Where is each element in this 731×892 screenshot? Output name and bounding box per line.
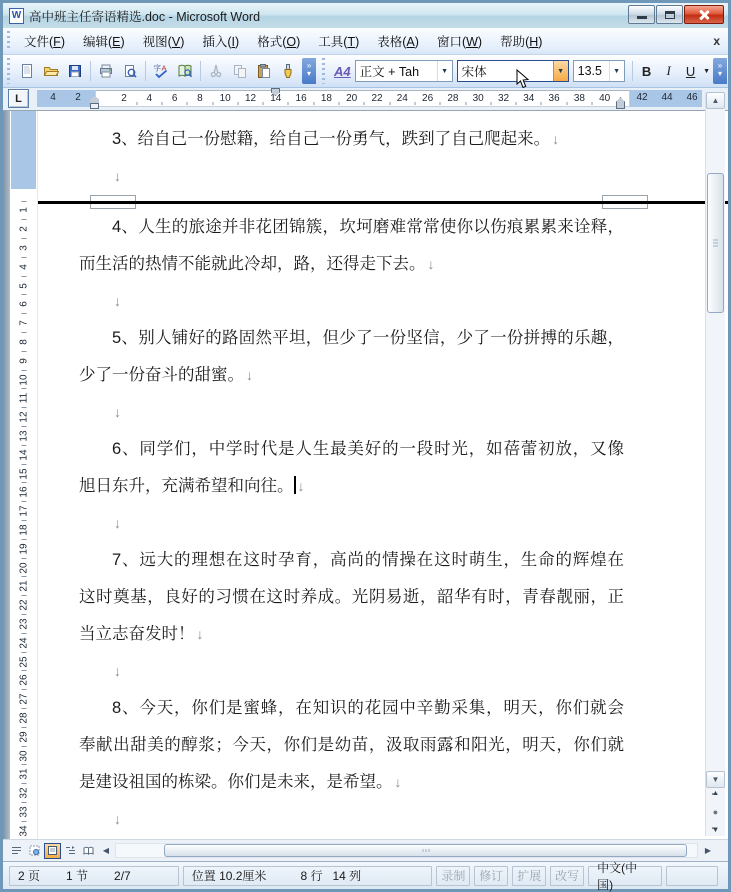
scroll-left-icon[interactable]: ◀ bbox=[98, 843, 114, 859]
vertical-ruler[interactable]: 1234567891011121314151617181920212223242… bbox=[10, 111, 38, 839]
vertical-ruler-number: 16 bbox=[11, 483, 36, 502]
paragraph[interactable]: 8、今天，你们是蜜蜂，在知识的花园中辛勤采集，明天，你们就会奉献出甜美的醇浆；今… bbox=[79, 690, 624, 801]
paste-button[interactable] bbox=[252, 59, 276, 83]
horizontal-ruler[interactable]: 42 246810121416182022242628303234363840 … bbox=[37, 90, 702, 107]
spelling-grammar-icon: 字A bbox=[153, 63, 169, 79]
empty-paragraph[interactable]: ↓ bbox=[79, 505, 624, 542]
bold-button[interactable]: B bbox=[636, 60, 658, 82]
ruler-number: 46 bbox=[686, 92, 697, 104]
page-info-panel: 2 页 1 节 2/7 bbox=[9, 866, 179, 886]
save-button[interactable] bbox=[63, 59, 87, 83]
vertical-scroll-thumb[interactable] bbox=[707, 173, 724, 313]
text-line[interactable]: 奉献出甜美的醇浆；今天，你们是幼苗，汲取雨露和阳光，明天，你们就 bbox=[79, 727, 624, 764]
menu-编辑(E)[interactable]: 编辑(E) bbox=[74, 28, 134, 54]
ruler-number: 44 bbox=[661, 92, 672, 104]
vertical-ruler-number: 9 bbox=[11, 351, 36, 370]
text-line[interactable]: 少了一份奋斗的甜蜜。↓ bbox=[79, 357, 624, 394]
section-number: 1 节 bbox=[66, 867, 88, 884]
vertical-ruler-number: 30 bbox=[11, 746, 36, 765]
menu-bar: 文件(F)编辑(E)视图(V)插入(I)格式(O)工具(T)表格(A)窗口(W)… bbox=[3, 28, 728, 55]
print-layout-view-button[interactable] bbox=[44, 843, 61, 859]
page-of-total: 2/7 bbox=[114, 869, 131, 883]
vertical-ruler-number: 3 bbox=[11, 239, 36, 258]
word-app-icon: W bbox=[9, 8, 24, 24]
empty-paragraph[interactable]: ↓ bbox=[79, 394, 624, 431]
ruler-number: 24 bbox=[397, 93, 408, 105]
ruler-number: 4 bbox=[50, 92, 56, 104]
menu-表格(A)[interactable]: 表格(A) bbox=[368, 28, 428, 54]
ruler-number: 22 bbox=[371, 93, 382, 105]
record-mode[interactable]: 录制 bbox=[436, 866, 470, 886]
vertical-ruler-number: 12 bbox=[11, 408, 36, 427]
svg-text:字: 字 bbox=[154, 63, 162, 73]
menu-帮助(H)[interactable]: 帮助(H) bbox=[491, 28, 551, 54]
save-icon bbox=[67, 63, 83, 79]
ruler-number: 26 bbox=[422, 93, 433, 105]
vertical-ruler-number: 33 bbox=[11, 803, 36, 822]
position-panel: 位置 10.2厘米 8 行 14 列 bbox=[183, 866, 433, 886]
style-dropdown-icon[interactable]: ▼ bbox=[437, 61, 452, 81]
browse-ball-icon: ● bbox=[713, 810, 718, 815]
ruler-number: 34 bbox=[523, 93, 534, 105]
menu-drag-grip[interactable] bbox=[6, 31, 11, 52]
ruler-number: 8 bbox=[197, 93, 203, 105]
text-line[interactable]: 这时奠基，良好的习惯在这时养成。光阴易逝，韶华有时，青春靓丽，正 bbox=[79, 579, 624, 616]
vertical-ruler-number: 15 bbox=[11, 464, 36, 483]
paragraph-mark: ↓ bbox=[114, 283, 121, 320]
document-page[interactable]: 3、给自己一份慰籍，给自己一份勇气，跌到了自己爬起来。↓↓4、人生的旅途并非花团… bbox=[38, 111, 728, 839]
format-painter-button[interactable] bbox=[276, 59, 300, 83]
print-preview-icon bbox=[122, 63, 138, 79]
print-layout-view-icon bbox=[47, 845, 58, 856]
vertical-ruler-number: 23 bbox=[11, 615, 36, 634]
scroll-up-icon[interactable]: ▲ bbox=[706, 92, 725, 109]
column-number: 14 列 bbox=[332, 867, 361, 884]
vertical-ruler-number: 18 bbox=[11, 521, 36, 540]
research-icon bbox=[177, 63, 193, 79]
paste-icon bbox=[256, 63, 272, 79]
window-title: 高中班主任寄语精选.doc - Microsoft Word bbox=[29, 7, 260, 25]
ruler-number: 36 bbox=[549, 93, 560, 105]
outline-view-icon bbox=[65, 845, 76, 856]
title-bar: W 高中班主任寄语精选.doc - Microsoft Word bbox=[3, 3, 728, 28]
paragraph-mark: ↓ bbox=[395, 764, 402, 801]
scroll-down-icon[interactable]: ▼ bbox=[706, 771, 725, 788]
status-bar: 2 页 1 节 2/7 位置 10.2厘米 8 行 14 列 录制 修订 扩展 … bbox=[3, 861, 728, 889]
paragraph-mark: ↓ bbox=[114, 801, 121, 838]
spelling-grammar-button[interactable]: 字A bbox=[149, 59, 173, 83]
line-number: 8 行 bbox=[300, 867, 322, 884]
text-line[interactable]: 7、远大的理想在这时孕育，高尚的情操在这时萌生，生命的辉煌在 bbox=[79, 542, 624, 579]
vertical-ruler-number: 7 bbox=[11, 314, 36, 333]
paragraph-mark: ↓ bbox=[197, 616, 204, 653]
vertical-ruler-number: 6 bbox=[11, 295, 36, 314]
text-caret bbox=[294, 476, 296, 494]
paragraph-mark: ↓ bbox=[114, 394, 121, 431]
vertical-ruler-number: 34 bbox=[11, 821, 36, 839]
menu-文件(F)[interactable]: 文件(F) bbox=[15, 28, 74, 54]
scroll-right-icon[interactable]: ▶ bbox=[700, 843, 716, 859]
ruler-left-margin: 42 bbox=[37, 90, 95, 107]
ruler-row: L 42 24681012141618202224262830323436384… bbox=[3, 88, 728, 111]
text-line[interactable]: 6、同学们，中学时代是人生最美好的一段时光，如蓓蕾初放，又像 bbox=[79, 431, 624, 468]
research-button[interactable] bbox=[173, 59, 197, 83]
language-indicator[interactable]: 中文(中国) bbox=[588, 866, 662, 886]
vertical-ruler-number: 17 bbox=[11, 502, 36, 521]
ruler-number: 10 bbox=[220, 93, 231, 105]
vertical-ruler-number: 27 bbox=[11, 690, 36, 709]
overtype-mode[interactable]: 改写 bbox=[550, 866, 584, 886]
ruler-number: 2 bbox=[75, 92, 81, 104]
font-size-combobox[interactable]: 13.5 ▼ bbox=[573, 60, 625, 82]
new-document-icon bbox=[19, 63, 35, 79]
mouse-cursor bbox=[516, 69, 530, 89]
paragraph-mark: ↓ bbox=[552, 121, 559, 158]
menu-插入(I)[interactable]: 插入(I) bbox=[193, 28, 248, 54]
vertical-ruler-number: 13 bbox=[11, 427, 36, 446]
print-preview-button[interactable] bbox=[118, 59, 142, 83]
text-line[interactable]: 而生活的热情不能就此冷却，路，还得走下去。↓ bbox=[79, 246, 624, 283]
vertical-ruler-number: 11 bbox=[11, 389, 36, 408]
outline-view-button[interactable] bbox=[62, 843, 79, 859]
paragraph[interactable]: 4、人生的旅途并非花团锦簇，坎坷磨难常常使你以伤痕累累来诠释，而生活的热情不能就… bbox=[79, 209, 624, 283]
toolbar: 字A »▾ A4 正文 + Tah ▼ 宋体 ▼ 13.5 ▼ B I U ▼ … bbox=[3, 55, 728, 88]
ruler-number: 30 bbox=[473, 93, 484, 105]
vertical-ruler-number: 14 bbox=[11, 445, 36, 464]
vertical-ruler-number: 19 bbox=[11, 539, 36, 558]
vertical-scrollbar[interactable]: ▲ ▼ ▲▔ ● ▁▼ bbox=[705, 92, 725, 836]
formatting-toolbar-overflow-button[interactable]: »▾ bbox=[713, 58, 727, 84]
normal-view-icon bbox=[11, 845, 22, 856]
vertical-ruler-number: 10 bbox=[11, 370, 36, 389]
vertical-ruler-number: 20 bbox=[11, 558, 36, 577]
text-line[interactable]: 5、别人铺好的路固然平坦，但少了一份坚信，少了一份拼搏的乐趣， bbox=[79, 320, 624, 357]
vertical-ruler-margin bbox=[11, 111, 36, 189]
font-combobox[interactable]: 宋体 ▼ bbox=[457, 60, 569, 82]
vertical-ruler-number: 31 bbox=[11, 765, 36, 784]
vertical-ruler-number: 4 bbox=[11, 257, 36, 276]
ruler-number: 40 bbox=[599, 93, 610, 105]
track-changes-mode[interactable]: 修订 bbox=[474, 866, 508, 886]
paragraph-mark: ↓ bbox=[114, 505, 121, 542]
maximize-icon bbox=[665, 11, 675, 19]
paragraph[interactable]: 5、别人铺好的路固然平坦，但少了一份坚信，少了一份拼搏的乐趣，少了一份奋斗的甜蜜… bbox=[79, 320, 624, 394]
ruler-number: 2 bbox=[121, 93, 127, 105]
reading-layout-view-button[interactable] bbox=[80, 843, 97, 859]
ruler-number: 6 bbox=[172, 93, 178, 105]
standard-toolbar-overflow-button[interactable]: »▾ bbox=[302, 58, 316, 84]
italic-button[interactable]: I bbox=[658, 60, 680, 82]
new-document-button[interactable] bbox=[15, 59, 39, 83]
paragraph-mark: ↓ bbox=[428, 246, 435, 283]
minimize-icon bbox=[637, 16, 647, 19]
paragraph[interactable]: 6、同学们，中学时代是人生最美好的一段时光，如蓓蕾初放，又像旭日东升，充满希望和… bbox=[79, 431, 624, 505]
empty-paragraph[interactable]: ↓ bbox=[79, 158, 624, 195]
cut-button bbox=[204, 59, 228, 83]
font-dropdown-icon[interactable]: ▼ bbox=[553, 61, 568, 81]
vertical-ruler-number: 24 bbox=[11, 633, 36, 652]
horizontal-scroll-track[interactable] bbox=[115, 843, 698, 858]
paragraph[interactable]: 3、给自己一份慰籍，给自己一份勇气，跌到了自己爬起来。↓ bbox=[79, 121, 624, 158]
cut-icon bbox=[208, 63, 224, 79]
horizontal-scroll-thumb[interactable] bbox=[164, 844, 687, 857]
cursor-position: 位置 10.2厘米 bbox=[192, 867, 267, 884]
styles-and-formatting-button[interactable]: A4 bbox=[334, 64, 351, 79]
empty-paragraph[interactable]: ↓ bbox=[79, 801, 624, 838]
ruler-number: 16 bbox=[296, 93, 307, 105]
vertical-ruler-number: 32 bbox=[11, 784, 36, 803]
vertical-ruler-number: 29 bbox=[11, 727, 36, 746]
text-line[interactable]: 是建设祖国的栋梁。你们是未来，是希望。↓ bbox=[79, 764, 624, 801]
font-size-dropdown-icon[interactable]: ▼ bbox=[609, 61, 624, 81]
font-value: 宋体 bbox=[458, 62, 553, 80]
web-layout-view-button[interactable] bbox=[26, 843, 43, 859]
print-button[interactable] bbox=[94, 59, 118, 83]
ruler-number: 28 bbox=[447, 93, 458, 105]
vertical-scroll-track[interactable] bbox=[706, 109, 725, 771]
paragraph[interactable]: 7、远大的理想在这时孕育，高尚的情操在这时萌生，生命的辉煌在这时奠基，良好的习惯… bbox=[79, 542, 624, 653]
word-window: W 高中班主任寄语精选.doc - Microsoft Word 文件(F)编辑… bbox=[0, 0, 731, 892]
menu-格式(O)[interactable]: 格式(O) bbox=[248, 28, 309, 54]
paragraph-mark: ↓ bbox=[114, 653, 121, 690]
paragraph-mark: ↓ bbox=[298, 468, 305, 505]
ruler-number: 38 bbox=[574, 93, 585, 105]
menu-视图(V)[interactable]: 视图(V) bbox=[134, 28, 194, 54]
next-page-button[interactable]: ▁▼ bbox=[706, 820, 725, 836]
empty-paragraph[interactable]: ↓ bbox=[79, 283, 624, 320]
text-line[interactable]: 旭日东升，充满希望和向往。↓ bbox=[79, 468, 624, 505]
chevron-right-icon: » bbox=[307, 61, 311, 70]
style-value: 正文 + Tah bbox=[356, 62, 437, 80]
ruler-active-area: 246810121416182022242628303234363840 bbox=[95, 90, 630, 107]
spelling-status-panel bbox=[666, 866, 718, 886]
vertical-ruler-number: 1 bbox=[11, 201, 36, 220]
left-indent-marker[interactable] bbox=[90, 103, 99, 109]
text-line[interactable]: 8、今天，你们是蜜蜂，在知识的花园中辛勤采集，明天，你们就会 bbox=[79, 690, 624, 727]
vertical-ruler-number: 2 bbox=[11, 220, 36, 239]
text-line[interactable]: 当立志奋发时！↓ bbox=[79, 616, 624, 653]
open-icon bbox=[43, 63, 59, 79]
page-break-separator bbox=[38, 195, 728, 209]
horizontal-scrollbar-row: ◀ ▶ bbox=[3, 839, 728, 861]
paragraph-mark: ↓ bbox=[246, 357, 253, 394]
document-close-button[interactable]: x bbox=[713, 34, 720, 48]
underline-button[interactable]: U bbox=[680, 60, 702, 82]
copy-button bbox=[228, 59, 252, 83]
open-button[interactable] bbox=[39, 59, 63, 83]
close-button[interactable] bbox=[684, 5, 724, 24]
close-icon bbox=[698, 9, 710, 21]
select-browse-object-button[interactable]: ● bbox=[706, 804, 725, 820]
minimize-button[interactable] bbox=[628, 5, 655, 24]
formatting-toolbar-grip[interactable] bbox=[321, 58, 326, 84]
vertical-ruler-number: 8 bbox=[11, 333, 36, 352]
extend-mode[interactable]: 扩展 bbox=[512, 866, 546, 886]
font-size-value: 13.5 bbox=[574, 64, 609, 78]
text-line[interactable]: 3、给自己一份慰籍，给自己一份勇气，跌到了自己爬起来。↓ bbox=[79, 121, 624, 158]
double-up-arrow-icon: ▲▔ bbox=[712, 791, 719, 801]
menu-工具(T)[interactable]: 工具(T) bbox=[309, 28, 368, 54]
vertical-ruler-number: 5 bbox=[11, 276, 36, 295]
format-painter-icon bbox=[280, 63, 296, 79]
vertical-ruler-number: 26 bbox=[11, 671, 36, 690]
double-down-arrow-icon: ▁▼ bbox=[712, 823, 719, 833]
style-combobox[interactable]: 正文 + Tah ▼ bbox=[355, 60, 453, 82]
underline-dropdown-icon[interactable]: ▼ bbox=[702, 60, 712, 82]
ruler-right-margin: 424446 bbox=[630, 90, 702, 107]
text-line[interactable]: 4、人生的旅途并非花团锦簇，坎坷磨难常常使你以伤痕累累来诠释， bbox=[79, 209, 624, 246]
vertical-ruler-number: 22 bbox=[11, 596, 36, 615]
normal-view-button[interactable] bbox=[8, 843, 25, 859]
vertical-ruler-number: 28 bbox=[11, 709, 36, 728]
reading-layout-view-icon bbox=[83, 845, 94, 856]
menu-窗口(W)[interactable]: 窗口(W) bbox=[428, 28, 491, 54]
previous-page-button[interactable]: ▲▔ bbox=[706, 788, 725, 804]
tab-selector-button[interactable]: L bbox=[8, 89, 29, 108]
page-number: 2 页 bbox=[18, 867, 40, 884]
ruler-number: 42 bbox=[636, 92, 647, 104]
vertical-ruler-number: 21 bbox=[11, 577, 36, 596]
document-area: 1234567891011121314151617181920212223242… bbox=[3, 111, 728, 839]
standard-toolbar-grip[interactable] bbox=[6, 58, 11, 84]
ruler-number: 12 bbox=[245, 93, 256, 105]
ruler-number: 18 bbox=[321, 93, 332, 105]
ruler-number: 20 bbox=[346, 93, 357, 105]
print-icon bbox=[98, 63, 114, 79]
window-frame-strip bbox=[3, 111, 10, 839]
vertical-ruler-number: 25 bbox=[11, 652, 36, 671]
ruler-number: 4 bbox=[147, 93, 153, 105]
ruler-number: 32 bbox=[498, 93, 509, 105]
empty-paragraph[interactable]: ↓ bbox=[79, 653, 624, 690]
maximize-button[interactable] bbox=[656, 5, 683, 24]
web-layout-view-icon bbox=[29, 845, 40, 856]
copy-icon bbox=[232, 63, 248, 79]
paragraph-mark: ↓ bbox=[114, 158, 121, 195]
